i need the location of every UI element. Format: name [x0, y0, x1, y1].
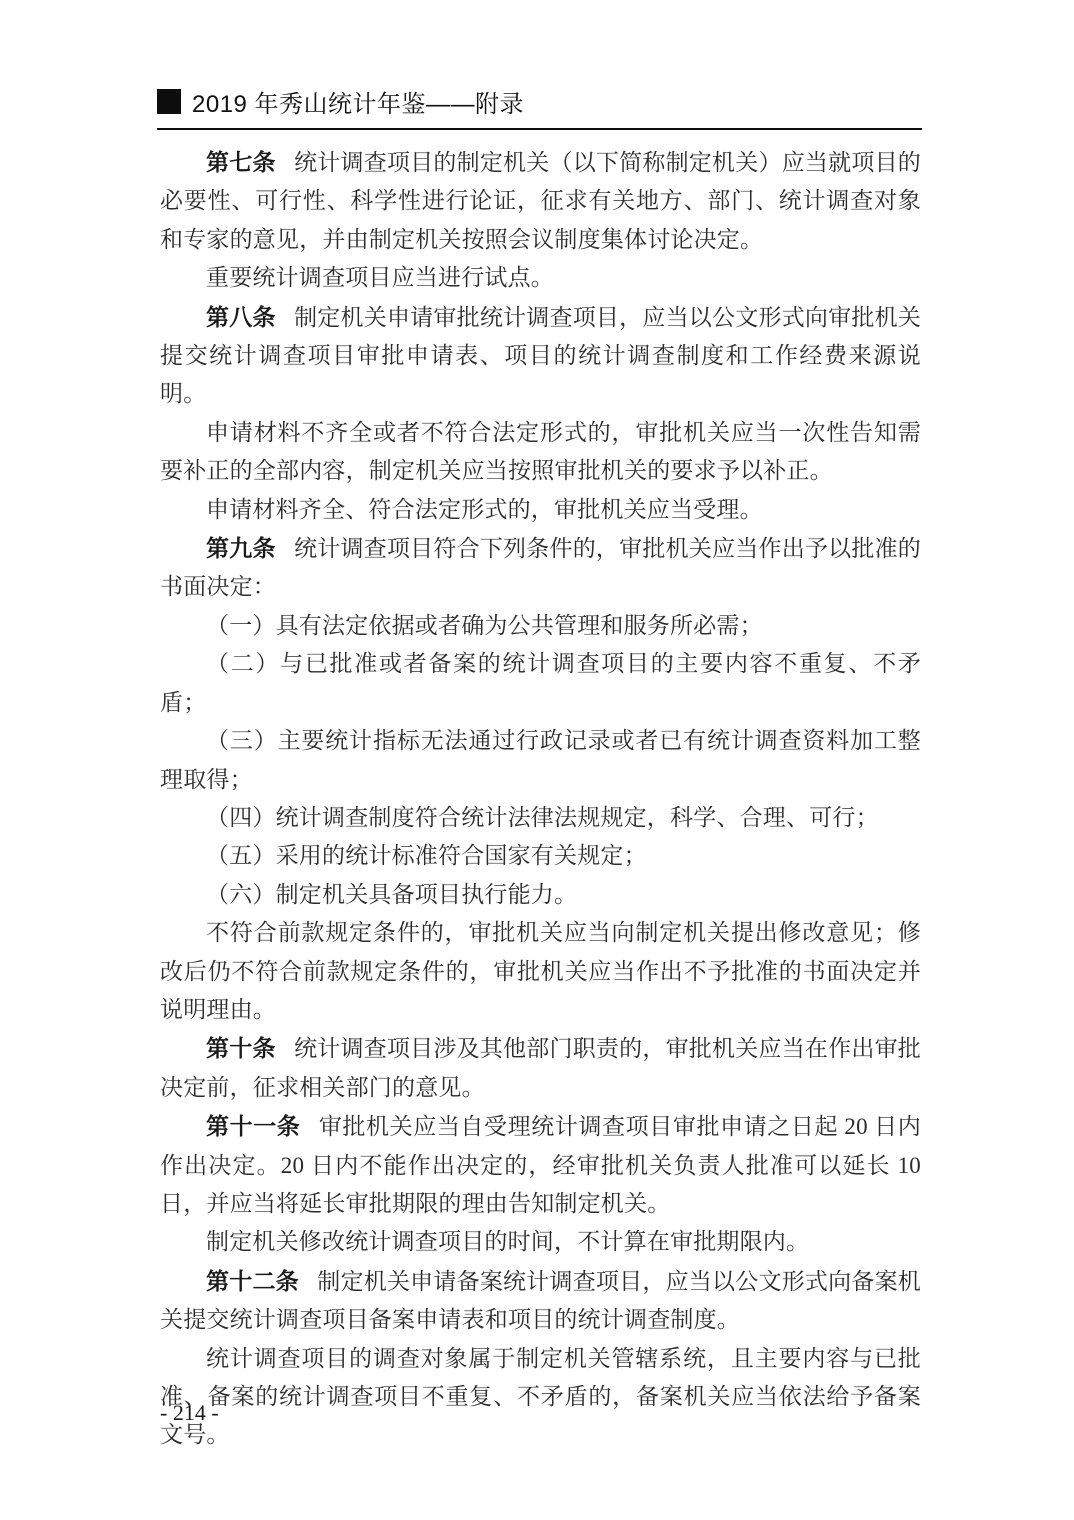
paragraph: （五）采用的统计标准符合国家有关规定； [160, 837, 921, 875]
article-number: 第十二条 [206, 1268, 299, 1294]
paragraph: 第十二条制定机关申请备案统计调查项目，应当以公文形式向备案机关提交统计调查项目备… [160, 1262, 921, 1340]
paragraph: 制定机关修改统计调查项目的时间，不计算在审批期限内。 [160, 1223, 921, 1261]
paragraph: 不符合前款规定条件的，审批机关应当向制定机关提出修改意见；修改后仍不符合前款规定… [160, 914, 921, 1029]
paragraph: 重要统计调查项目应当进行试点。 [160, 259, 921, 297]
paragraph-text: （一）具有法定依据或者确为公共管理和服务所必需； [206, 613, 763, 638]
paragraph-text: 申请材料不齐全或者不符合法定形式的，审批机关应当一次性告知需要补正的全部内容，制… [160, 420, 921, 483]
article-number: 第八条 [206, 304, 276, 330]
paragraph: （六）制定机关具备项目执行能力。 [160, 876, 921, 914]
paragraph: 第十一条审批机关应当自受理统计调查项目审批申请之日起 20 日内作出决定。20 … [160, 1107, 921, 1223]
paragraph: 申请材料不齐全或者不符合法定形式的，审批机关应当一次性告知需要补正的全部内容，制… [160, 414, 921, 491]
paragraph-text: （二）与已批准或者备案的统计调查项目的主要内容不重复、不矛盾； [160, 651, 921, 714]
paragraph-text: （三）主要统计指标无法通过行政记录或者已有统计调查资料加工整理取得； [160, 728, 921, 791]
paragraph: （二）与已批准或者备案的统计调查项目的主要内容不重复、不矛盾； [160, 645, 921, 722]
paragraph: 统计调查项目的调查对象属于制定机关管辖系统，且主要内容与已批准、备案的统计调查项… [160, 1340, 921, 1455]
article-number: 第十条 [206, 1035, 276, 1061]
paragraph: 第九条统计调查项目符合下列条件的，审批机关应当作出予以批准的书面决定： [160, 529, 921, 607]
page-number: - 214 - [160, 1400, 219, 1426]
paragraph-text: （五）采用的统计标准符合国家有关规定； [206, 843, 647, 868]
paragraph: 第十条统计调查项目涉及其他部门职责的，审批机关应当在作出审批决定前，征求相关部门… [160, 1029, 921, 1107]
article-number: 第七条 [206, 149, 276, 175]
header-square-icon [157, 89, 181, 114]
paragraph-text: （六）制定机关具备项目执行能力。 [206, 882, 577, 907]
article-number: 第十一条 [206, 1113, 300, 1139]
paragraph: （四）统计调查制度符合统计法律法规规定，科学、合理、可行； [160, 799, 921, 837]
paragraph-text: 统计调查项目的调查对象属于制定机关管辖系统，且主要内容与已批准、备案的统计调查项… [160, 1346, 921, 1448]
paragraph: 第八条制定机关申请审批统计调查项目，应当以公文形式向审批机关提交统计调查项目审批… [160, 298, 921, 414]
paragraph-text: 制定机关修改统计调查项目的时间，不计算在审批期限内。 [206, 1229, 809, 1254]
page-header-title: 2019 年秀山统计年鉴——附录 [192, 84, 524, 119]
paragraph: （一）具有法定依据或者确为公共管理和服务所必需； [160, 607, 921, 645]
document-body: 第七条统计调查项目的制定机关（以下简称制定机关）应当就项目的必要性、可行性、科学… [160, 143, 921, 1455]
page-header: 2019 年秀山统计年鉴——附录 [157, 84, 922, 130]
paragraph-text: 不符合前款规定条件的，审批机关应当向制定机关提出修改意见；修改后仍不符合前款规定… [160, 920, 921, 1022]
paragraph-text: 申请材料齐全、符合法定形式的，审批机关应当受理。 [206, 497, 763, 522]
paragraph-text: （四）统计调查制度符合统计法律法规规定，科学、合理、可行； [206, 805, 879, 830]
article-number: 第九条 [206, 535, 276, 561]
paragraph-text: 重要统计调查项目应当进行试点。 [206, 265, 554, 290]
paragraph: 第七条统计调查项目的制定机关（以下简称制定机关）应当就项目的必要性、可行性、科学… [160, 143, 921, 259]
document-page: 2019 年秀山统计年鉴——附录 第七条统计调查项目的制定机关（以下简称制定机关… [0, 0, 1074, 1520]
paragraph: 申请材料齐全、符合法定形式的，审批机关应当受理。 [160, 491, 921, 529]
paragraph: （三）主要统计指标无法通过行政记录或者已有统计调查资料加工整理取得； [160, 722, 921, 799]
